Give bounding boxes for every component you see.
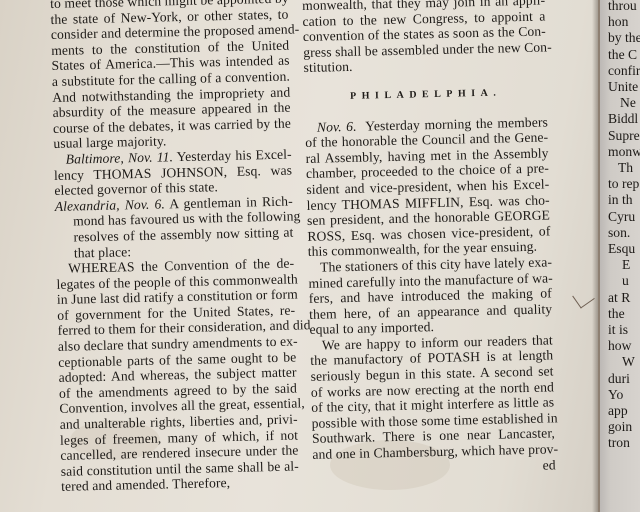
- fragment: Th: [608, 160, 640, 176]
- fragment: goin: [608, 419, 640, 435]
- fragment: in th: [608, 192, 640, 208]
- fragment: it is: [608, 322, 640, 338]
- fragment: how: [608, 338, 640, 354]
- newspaper-page: to meet those which might be appointed b…: [0, 0, 598, 512]
- fragment: confir: [608, 63, 640, 79]
- fragment: Supre: [608, 128, 640, 144]
- fragment: duri: [608, 371, 640, 387]
- fragment: u: [608, 273, 640, 289]
- fragment: son.: [608, 225, 640, 241]
- fragment: the C: [608, 47, 640, 63]
- fragment: tron: [608, 435, 640, 451]
- fragment: Yo: [608, 387, 640, 403]
- fragment: Ne: [608, 95, 640, 111]
- page-edge-shadow: [598, 0, 600, 512]
- nov6-dateline: Nov. 6.: [317, 118, 357, 134]
- fragment: app: [608, 403, 640, 419]
- fragment: throu: [608, 0, 640, 14]
- fragment: hon: [608, 14, 640, 30]
- fragment: Unite: [608, 79, 640, 95]
- paper-fold-mark: [572, 286, 595, 308]
- fragment: at R: [608, 290, 640, 306]
- fragment: the: [608, 306, 640, 322]
- section-heading-philadelphia: PHILADELPHIA.: [304, 84, 547, 105]
- fragment: E: [608, 257, 640, 273]
- fragment: Biddl: [608, 111, 640, 127]
- fragment: Cyru: [608, 209, 640, 225]
- fragment: monw: [608, 144, 640, 160]
- fragment: by the: [608, 30, 640, 46]
- column-right: monwealth, that they may join in an appl…: [302, 0, 556, 478]
- text-line: Yesterday his Excel-: [176, 146, 291, 164]
- fragment: W: [608, 354, 640, 370]
- alexandria-dateline: Alexandria, Nov. 6.: [55, 196, 165, 213]
- fragment: Esqu: [608, 241, 640, 257]
- fragment: to rep: [608, 176, 640, 192]
- baltimore-dateline: Baltimore, Nov. 11.: [66, 149, 174, 166]
- column-left: to meet those which might be appointed b…: [50, 0, 299, 495]
- next-page-fragments: throu hon by the the C confir Unite Ne B…: [608, 0, 640, 452]
